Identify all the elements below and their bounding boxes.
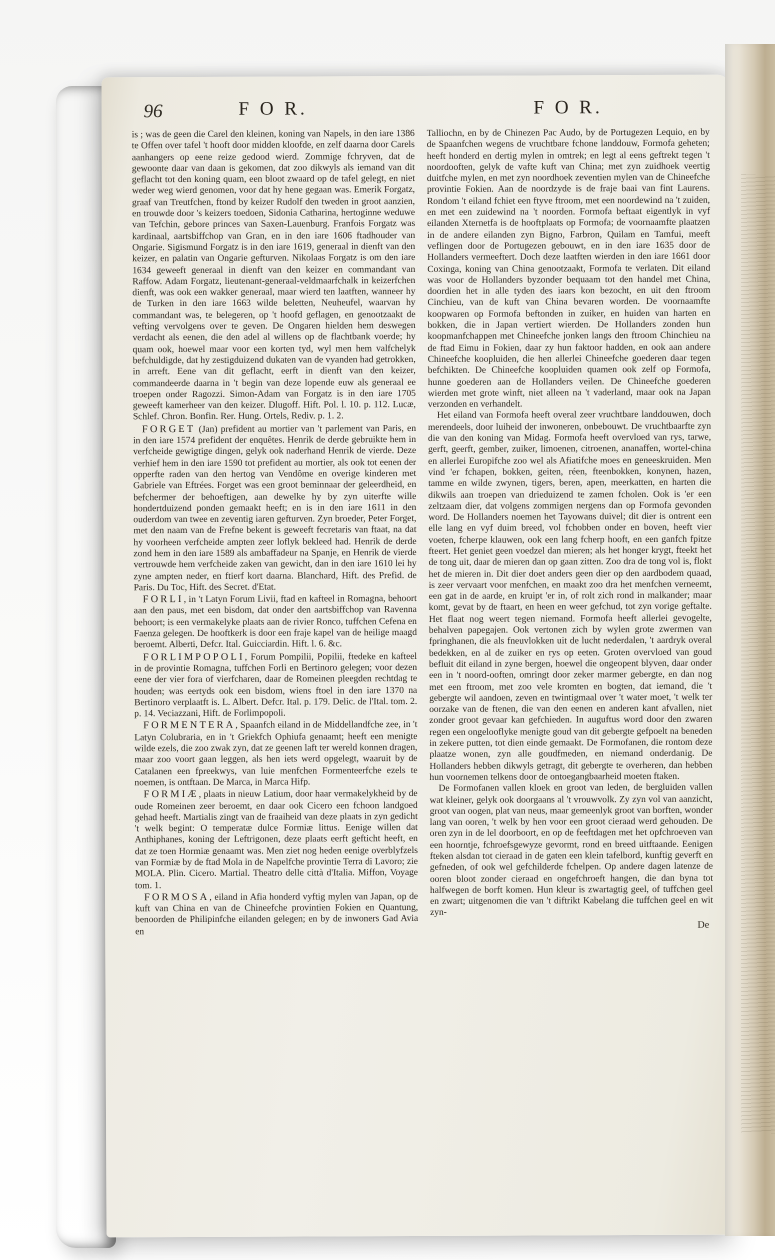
entry-paragraph: FORMIÆ, plaats in nieuw Latium, door haa… [135, 788, 418, 892]
entry-paragraph: FORGET (Jan) prefident au mortier van 't… [133, 423, 417, 595]
right-column-header: F O R. [427, 97, 710, 126]
text-paragraph: De Formofanen vallen kloek en groot van … [430, 783, 714, 920]
entry-headword: FORGET [142, 424, 195, 435]
page-number: 96 [144, 101, 163, 123]
text-paragraph: Talliochn, en by de Chinezen Pac Audo, b… [427, 128, 711, 412]
entry-text: Talliochn, en by de Chinezen Pac Audo, b… [427, 128, 711, 410]
entry-text: De Formofanen vallen kloek en groot van … [430, 783, 713, 918]
left-column: 96 F O R. is ; was de geen die Carel den… [132, 98, 420, 1221]
entry-text: (Jan) prefident au mortier van 't parlem… [133, 424, 417, 593]
catchword: De [430, 919, 713, 931]
entry-paragraph: FORLIMPOPOLI, Forum Pompilii, Popilii, f… [134, 651, 417, 721]
entry-headword: FORLI [143, 594, 184, 605]
entry-text: , plaats in nieuw Latium, door haar verm… [135, 789, 418, 891]
left-column-header: 96 F O R. [132, 98, 415, 127]
entry-headword: FORLIMPOPOLI [143, 651, 245, 662]
right-column-text: Talliochn, en by de Chinezen Pac Audo, b… [427, 128, 713, 920]
entry-headword: FORMOSA [144, 892, 209, 903]
entry-headword: FORMENTERA [143, 720, 235, 731]
book-page: 96 F O R. is ; was de geen die Carel den… [101, 75, 734, 1238]
entry-paragraph: FORMOSA, eiland in Afia honderd vyftig m… [135, 891, 418, 938]
entry-text: is ; was de geen die Carel den kleinen, … [132, 129, 416, 423]
left-column-text: is ; was de geen die Carel den kleinen, … [132, 129, 419, 938]
entry-paragraph: FORLI, in 't Latyn Forum Livii, ftad en … [134, 593, 417, 652]
entry-text: Het eiland van Formofa heeft overal zeer… [428, 410, 713, 783]
book-photo: 96 F O R. is ; was de geen die Carel den… [0, 0, 775, 1260]
right-column: F O R. Talliochn, en by de Chinezen Pac … [427, 97, 715, 1220]
text-paragraph: is ; was de geen die Carel den kleinen, … [132, 129, 416, 424]
entry-paragraph: FORMENTERA, Spaanfch eiland in de Middel… [134, 719, 417, 789]
entry-headword: FORMIÆ [144, 789, 199, 800]
next-page-edge [725, 44, 775, 1236]
running-head-right: F O R. [533, 97, 602, 118]
running-head-left: F O R. [238, 98, 307, 119]
text-paragraph: Het eiland van Formofa heeft overal zeer… [428, 410, 713, 784]
page-content: 96 F O R. is ; was de geen die Carel den… [132, 97, 715, 1222]
